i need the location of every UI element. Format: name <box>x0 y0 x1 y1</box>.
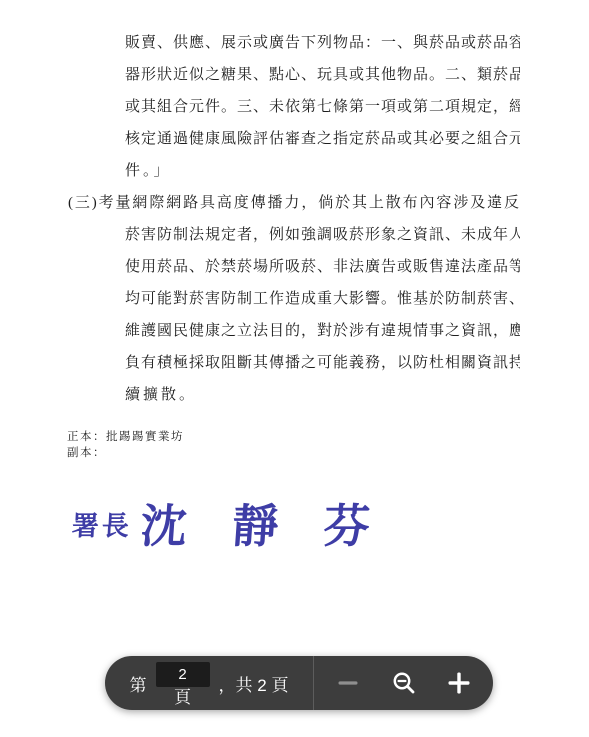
pdf-viewer-toolbar: 第 頁 ，共 2 頁 <box>105 656 493 710</box>
page-prefix-label: 第 <box>130 671 147 696</box>
document-line: 使用菸品、於禁菸場所吸菸、非法廣告或販售違法產品等 <box>125 251 520 283</box>
document-line-item-3: (三)考量網際網路具高度傳播力，倘於其上散布內容涉及違反 <box>68 187 520 219</box>
zoom-out-button[interactable] <box>326 661 370 705</box>
copy-recipient: 副本： <box>67 445 184 461</box>
page-indicator: 第 頁 ，共 2 頁 <box>105 656 313 710</box>
total-pages-label: ，共 2 頁 <box>219 671 289 696</box>
document-line: 均可能對菸害防制工作造成重大影響。惟基於防制菸害、 <box>125 283 520 315</box>
minus-icon <box>336 671 360 695</box>
magnifier-minus-icon <box>391 670 417 696</box>
document-page: 販賣、供應、展示或廣告下列物品：一、與菸品或菸品容 器形狀近似之糖果、點心、玩具… <box>68 27 520 411</box>
document-line: 負有積極採取阻斷其傳播之可能義務，以防杜相關資訊持 <box>125 347 520 379</box>
signature-name: 沈 靜 芬 <box>139 490 390 556</box>
original-recipient: 正本：批踢踢實業坊 <box>67 429 184 445</box>
signature-title: 署長 <box>71 504 133 543</box>
document-line: 或其組合元件。三、未依第七條第一項或第二項規定，經 <box>125 91 520 123</box>
document-line: 核定通過健康風險評估審查之指定菸品或其必要之組合元 <box>125 123 520 155</box>
director-signature: 署長 沈 靜 芬 <box>72 490 387 556</box>
distribution-block: 正本：批踢踢實業坊 副本： <box>67 429 184 461</box>
document-line: 販賣、供應、展示或廣告下列物品：一、與菸品或菸品容 <box>125 27 520 59</box>
document-line: 器形狀近似之糖果、點心、玩具或其他物品。二、類菸品 <box>125 59 520 91</box>
zoom-reset-button[interactable] <box>382 661 426 705</box>
document-line: 菸害防制法規定者，例如強調吸菸形象之資訊、未成年人 <box>125 219 520 251</box>
document-line: 續擴散。 <box>125 379 520 411</box>
zoom-controls <box>314 656 493 710</box>
zoom-in-button[interactable] <box>437 661 481 705</box>
document-line: 維護國民健康之立法目的，對於涉有違規情事之資訊，應 <box>125 315 520 347</box>
document-line: 件。」 <box>125 155 520 187</box>
plus-icon <box>446 670 472 696</box>
page-unit-label: 頁 <box>174 687 191 708</box>
page-number-group: 頁 <box>156 662 210 708</box>
page-number-input[interactable] <box>156 662 210 687</box>
